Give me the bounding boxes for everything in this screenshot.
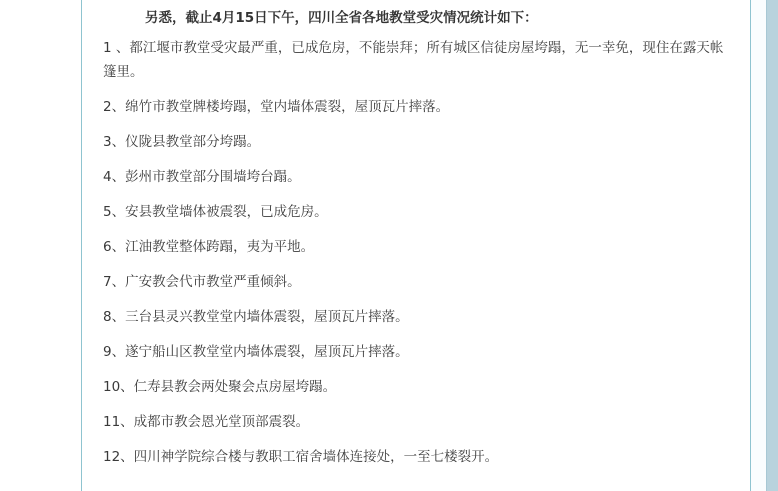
list-item: 2、绵竹市教堂牌楼垮蹋，堂内墙体震裂，屋顶瓦片摔落。	[103, 95, 733, 119]
list-item: 5、安县教堂墙体被震裂，已成危房。	[103, 200, 733, 224]
list-item: 9、遂宁船山区教堂堂内墙体震裂，屋顶瓦片摔落。	[103, 340, 733, 364]
list-item: 1 、都江堰市教堂受灾最严重，已成危房，不能崇拜；所有城区信徒房屋垮蹋，无一幸免…	[103, 36, 733, 84]
list-item: 3、仪陇县教堂部分垮蹋。	[103, 130, 733, 154]
right-side-panel	[766, 0, 778, 491]
right-gutter	[751, 0, 766, 491]
page: 另悉，截止4月15日下午，四川全省各地教堂受灾情况统计如下： 1 、都江堰市教堂…	[0, 0, 778, 491]
article-body: 另悉，截止4月15日下午，四川全省各地教堂受灾情况统计如下： 1 、都江堰市教堂…	[103, 6, 733, 480]
list-item: 12、四川神学院综合楼与教职工宿舍墙体连接处，一至七楼裂开。	[103, 445, 733, 469]
article-heading: 另悉，截止4月15日下午，四川全省各地教堂受灾情况统计如下：	[103, 6, 733, 30]
list-item: 4、彭州市教堂部分围墙垮台蹋。	[103, 165, 733, 189]
list-item: 7、广安教会代市教堂严重倾斜。	[103, 270, 733, 294]
list-item: 8、三台县灵兴教堂堂内墙体震裂，屋顶瓦片摔落。	[103, 305, 733, 329]
list-item: 10、仁寿县教会两处聚会点房屋垮蹋。	[103, 375, 733, 399]
list-item: 11、成都市教会恩光堂顶部震裂。	[103, 410, 733, 434]
list-item: 6、江油教堂整体跨蹋，夷为平地。	[103, 235, 733, 259]
